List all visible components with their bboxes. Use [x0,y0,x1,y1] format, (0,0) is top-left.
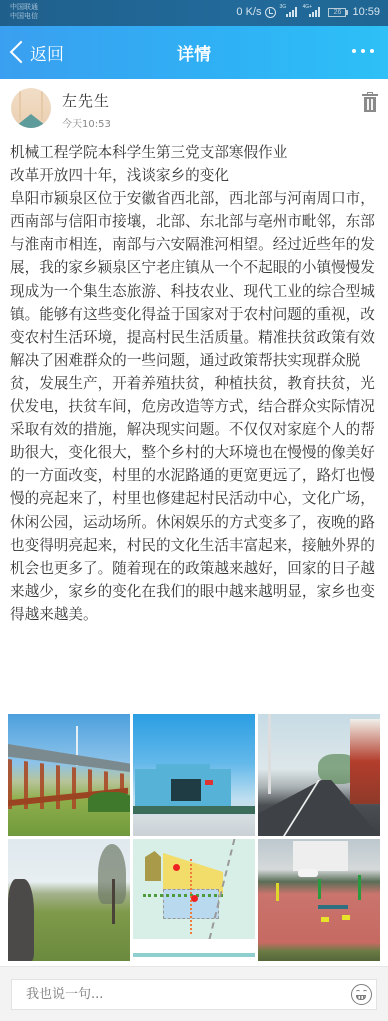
photo-map[interactable] [133,839,255,961]
post-time: 今天10:53 [62,115,111,130]
back-button[interactable]: 返回 [8,38,64,66]
more-dots-icon [352,49,356,53]
post-header: 左先生 今天10:53 [0,79,388,139]
carrier-labels: 中国联通 中国电信 [10,3,38,21]
avatar[interactable] [11,88,51,128]
photo-stage[interactable] [133,714,255,836]
post-heading-1: 机械工程学院本科学生第三党支部寒假作业 [10,141,380,164]
author-name[interactable]: 左先生 [62,90,110,111]
photo-corridor[interactable] [8,714,130,836]
app-root: 中国联通 中国电信 0 K/s 3G 4G+ 26 10:59 返回 [0,0,388,1021]
photo-grid [8,714,380,961]
clock: 10:59 [352,6,380,18]
delete-button[interactable] [362,93,378,113]
chevron-left-icon [8,38,24,66]
comment-input[interactable] [11,979,377,1010]
back-label: 返回 [30,40,64,65]
signal-icon-2: 4G+ [309,7,320,17]
network-speed: 0 K/s [236,6,261,18]
post-heading-2: 改革开放四十年，浅谈家乡的变化 [10,164,380,187]
photo-field[interactable] [8,839,130,961]
comment-bar [0,966,388,1021]
more-button[interactable] [352,45,374,57]
carrier-1: 中国联通 [10,3,38,12]
status-indicators: 0 K/s 3G 4G+ 26 10:59 [236,6,380,18]
signal-icon-1: 3G [286,7,297,17]
trash-icon [362,94,378,96]
nav-bar: 返回 详情 [0,26,388,79]
alarm-icon [265,7,276,18]
battery-icon: 26 [328,8,348,17]
signal-2-label: 4G+ [302,4,312,10]
status-bar: 中国联通 中国电信 0 K/s 3G 4G+ 26 10:59 [0,0,388,26]
emoji-button[interactable] [351,984,372,1005]
signal-1-label: 3G [279,4,286,10]
post-body: 阜阳市颍泉区位于安徽省西北部，西北部与河南周口市，西南部与信阳市接壤，北部、东北… [10,187,380,626]
battery-level: 26 [328,8,346,17]
photo-fitness[interactable] [258,839,380,961]
carrier-2: 中国电信 [10,12,38,21]
emoji-face-icon [356,990,360,993]
post-content: 机械工程学院本科学生第三党支部寒假作业 改革开放四十年，浅谈家乡的变化 阜阳市颍… [10,141,380,626]
photo-road[interactable] [258,714,380,836]
